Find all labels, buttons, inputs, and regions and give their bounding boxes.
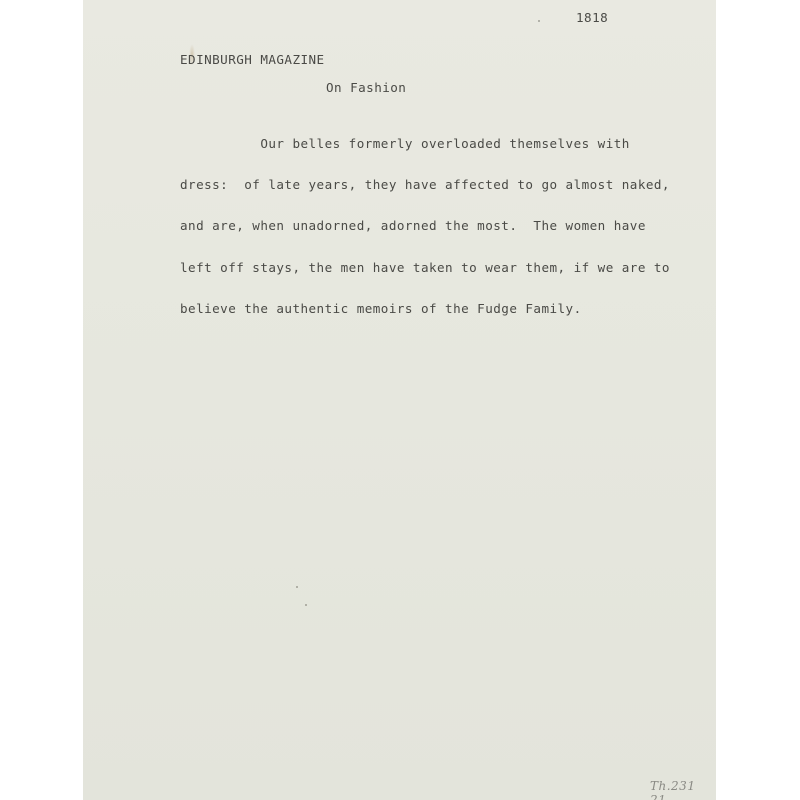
ink-speck (305, 604, 307, 606)
catalog-mark: Th.231 21 (650, 779, 716, 800)
body-line: dress: of late years, they have affected… (180, 178, 670, 192)
article-body: Our belles formerly overloaded themselve… (180, 109, 670, 344)
body-line: Our belles formerly overloaded themselve… (180, 137, 670, 151)
ink-speck (538, 20, 540, 22)
body-line: believe the authentic memoirs of the Fud… (180, 302, 670, 316)
document-year: 1818 (576, 11, 608, 25)
article-title: On Fashion (326, 81, 406, 95)
publication-name: EDINBURGH MAGAZINE (180, 53, 325, 67)
typed-page: 1818 EDINBURGH MAGAZINE On Fashion Our b… (83, 0, 716, 800)
body-line: left off stays, the men have taken to we… (180, 261, 670, 275)
body-line: and are, when unadorned, adorned the mos… (180, 219, 670, 233)
ink-speck (296, 586, 298, 588)
